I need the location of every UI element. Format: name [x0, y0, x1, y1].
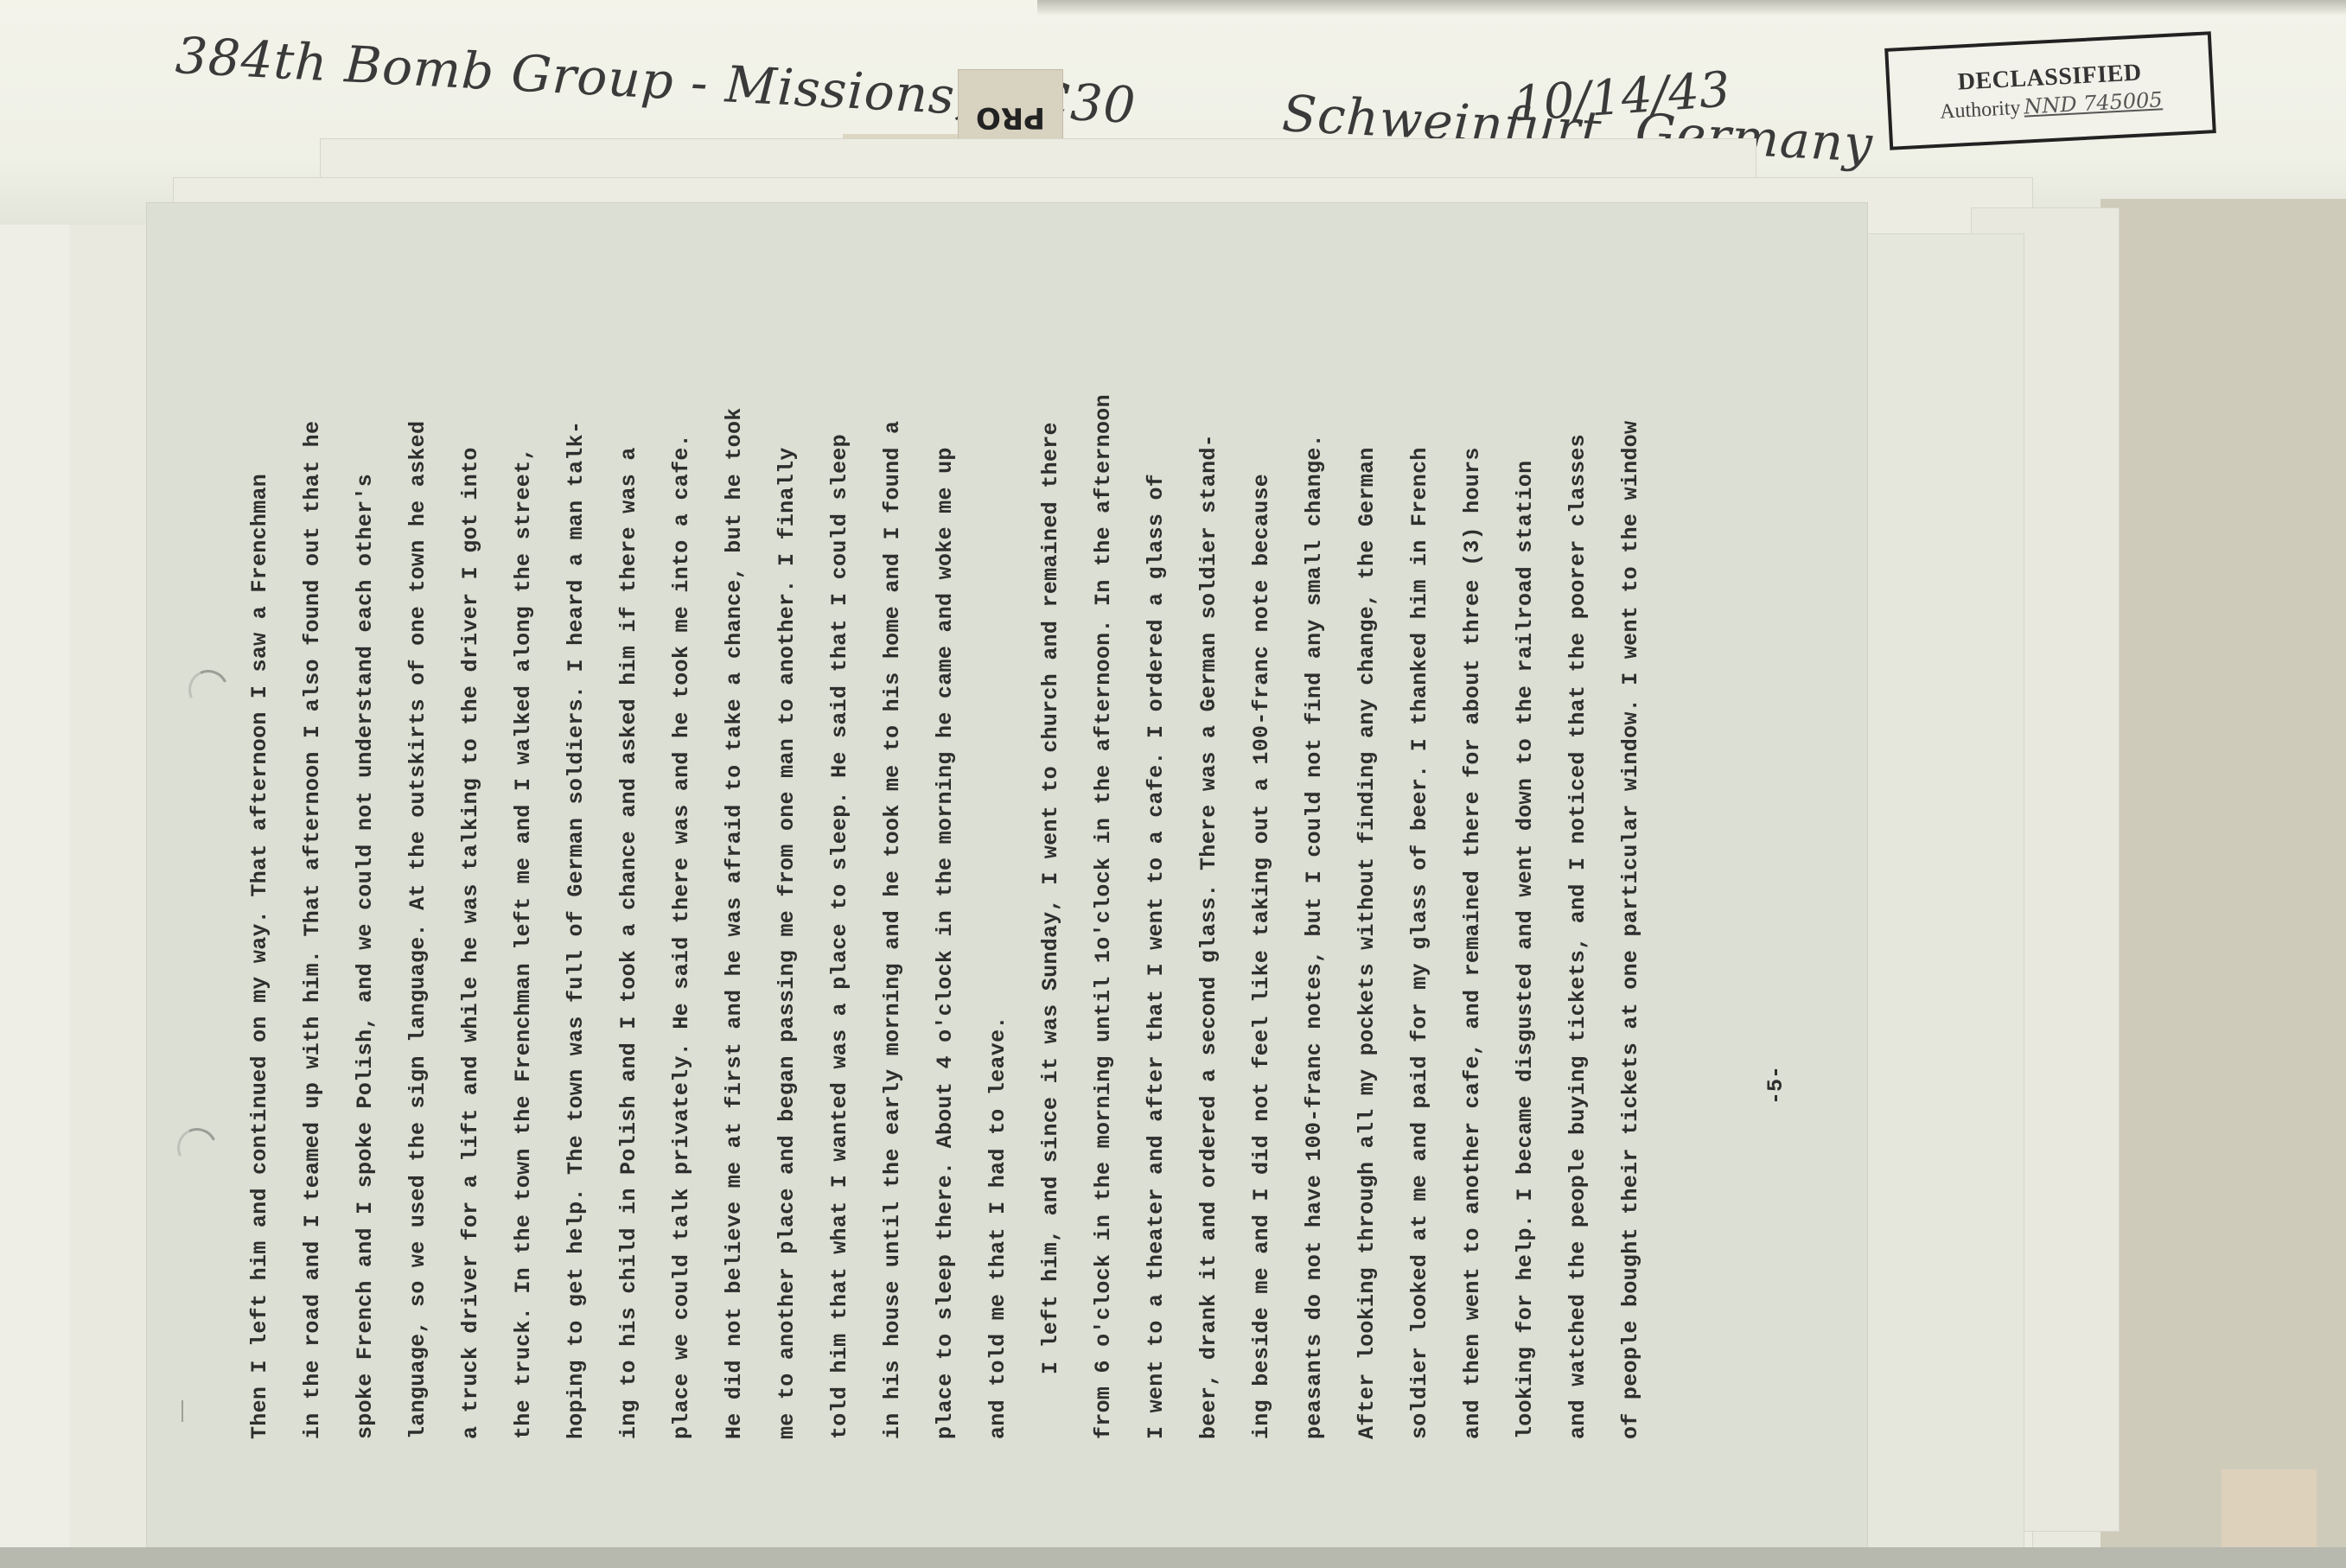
text-line: After looking through all my pockets wit…: [1341, 341, 1393, 1439]
text-line: peasants do not have 100-franc notes, bu…: [1288, 341, 1341, 1439]
typed-page: Then I left him and continued on my way.…: [147, 203, 1867, 1560]
text-line: place to sleep there. About 4 o'clock in…: [919, 341, 972, 1439]
binder-clip-edge: [0, 1547, 2346, 1568]
text-line: spoke French and I spoke Polish, and we …: [339, 341, 392, 1439]
manila-folder: [2101, 199, 2346, 1547]
text-line: told him that what I wanted was a place …: [813, 341, 866, 1439]
text-line: a truck driver for a lift and while he w…: [444, 341, 497, 1439]
text-line: and watched the people buying tickets, a…: [1552, 341, 1604, 1439]
text-line: He did not believe me at first and he wa…: [708, 341, 761, 1439]
text-line: looking for help. I became disgusted and…: [1499, 341, 1552, 1439]
text-line: in the road and I teamed up with him. Th…: [286, 341, 339, 1439]
punch-hole-mark: [172, 1123, 223, 1174]
text-line: soldier looked at me and paid for my gla…: [1393, 341, 1446, 1439]
text-line: hoping to get help. The town was full of…: [550, 341, 602, 1439]
sheet-stack-1: [1867, 233, 2024, 1549]
text-line: beer, drank it and ordered a second glas…: [1183, 341, 1235, 1439]
punch-hole-mark: [183, 665, 234, 716]
text-line: ing beside me and I did not feel like ta…: [1235, 341, 1288, 1439]
text-line: ing to his child in Polish and I took a …: [602, 341, 655, 1439]
stamp-authority-value: NND 745005: [2024, 87, 2164, 118]
typed-text-body: Then I left him and continued on my way.…: [233, 341, 1573, 1439]
stamp-authority-label: Authority: [1939, 96, 2021, 123]
text-line: language, so we used the sign language. …: [392, 341, 444, 1439]
text-line: I left him, and since it was Sunday, I w…: [1024, 341, 1077, 1439]
page-number: -5-: [1763, 1065, 1788, 1104]
text-line: of people bought their tickets at one pa…: [1604, 341, 1657, 1439]
text-line: in his house until the early morning and…: [866, 341, 919, 1439]
text-line: and then went to another cafe, and remai…: [1446, 341, 1499, 1439]
paper-mark: [182, 1400, 183, 1422]
text-line: Then I left him and continued on my way.…: [233, 341, 286, 1439]
text-line: place we could talk privately. He said t…: [655, 341, 708, 1439]
text-line: I went to a theater and after that I wen…: [1130, 341, 1183, 1439]
text-line: the truck. In the town the Frenchman lef…: [497, 341, 550, 1439]
typed-text-frame: Then I left him and continued on my way.…: [233, 341, 1573, 1439]
text-line: and told me that I had to leave.: [972, 341, 1024, 1439]
top-shadow: [1037, 0, 2346, 16]
page-number-frame: -5-: [1750, 1033, 1802, 1137]
text-line: me to another place and began passing me…: [761, 341, 813, 1439]
pro-tab-label: PRO: [976, 100, 1045, 135]
text-line: from 6 o'clock in the morning until 1o'c…: [1077, 341, 1130, 1439]
declassified-stamp: DECLASSIFIED AuthorityNND 745005: [1884, 31, 2216, 150]
background-edge: [0, 0, 69, 1568]
